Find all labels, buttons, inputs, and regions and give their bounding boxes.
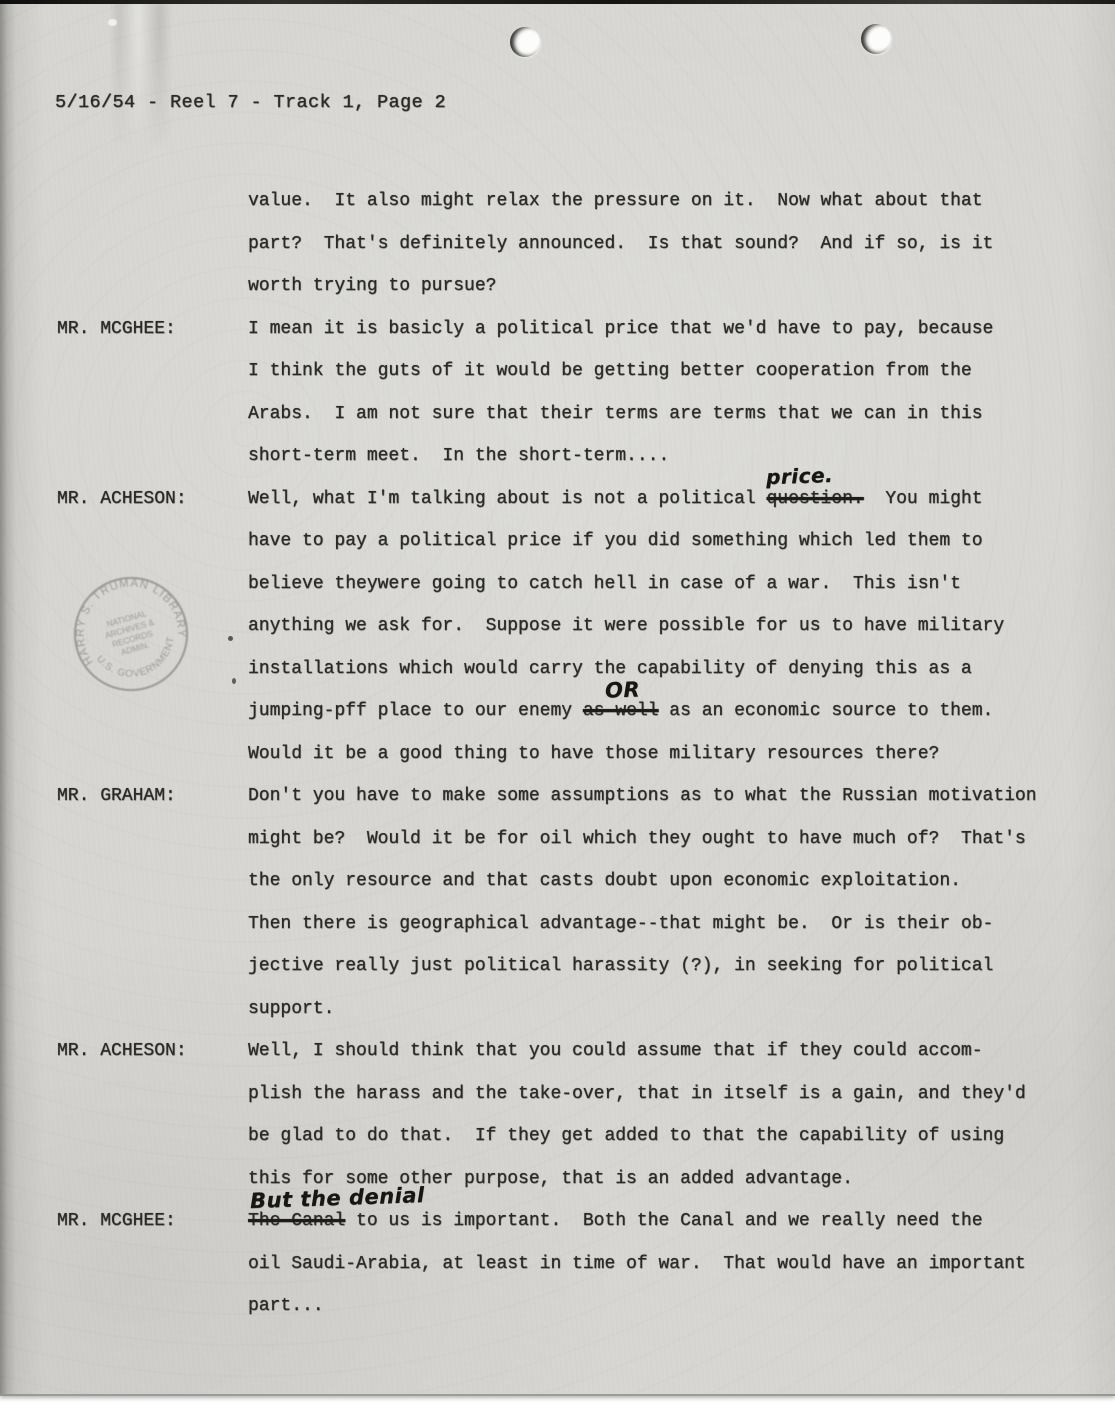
typed-text: might be? Would it be for oil which they… bbox=[248, 829, 1026, 849]
typed-text: Well, I should think that you could assu… bbox=[248, 1041, 983, 1061]
typed-text: plish the harass and the take-over, that… bbox=[248, 1084, 1026, 1104]
paragraph: MR. MCGHEE:The CanalBut the denial to us… bbox=[57, 1200, 1087, 1328]
struck-text: as wellOR bbox=[583, 701, 659, 721]
speaker-label: MR. ACHESON: bbox=[57, 478, 187, 521]
paragraph: value. It also might relax the pressure … bbox=[57, 180, 1087, 308]
transcript-line: part... bbox=[57, 1285, 1087, 1328]
typed-text: jumping-pff place to our enemy bbox=[248, 701, 583, 721]
transcript-line: installations which would carry the capa… bbox=[57, 648, 1087, 691]
transcript-line: be glad to do that. If they get added to… bbox=[57, 1115, 1087, 1158]
transcript-line: MR. GRAHAM:Don't you have to make some a… bbox=[57, 775, 1087, 818]
transcript-line: short-term meet. In the short-term.... bbox=[57, 435, 1087, 478]
typed-text: Arabs. I am not sure that their terms ar… bbox=[248, 404, 983, 424]
scan-top-edge bbox=[0, 0, 1115, 4]
speaker-label: MR. MCGHEE: bbox=[57, 1200, 176, 1243]
typed-text: the only resource and that casts doubt u… bbox=[248, 871, 961, 891]
transcript-line: Would it be a good thing to have those m… bbox=[57, 733, 1087, 776]
typed-text: short-term meet. In the short-term.... bbox=[248, 446, 669, 466]
speaker-label: MR. MCGHEE: bbox=[57, 308, 176, 351]
transcript-line: value. It also might relax the pressure … bbox=[57, 180, 1087, 223]
transcript-line: MR. MCGHEE:The CanalBut the denial to us… bbox=[57, 1200, 1087, 1243]
transcript-line: MR. ACHESON:Well, what I'm talking about… bbox=[57, 478, 1087, 521]
typed-text: installations which would carry the capa… bbox=[248, 659, 972, 679]
transcript-line: this for some other purpose, that is an … bbox=[57, 1158, 1087, 1201]
transcript-line: part? That's definitely announced. Is th… bbox=[57, 223, 1087, 266]
typed-text: part? That's definitely announced. Is th… bbox=[248, 234, 993, 254]
transcript-line: oil Saudi-Arabia, at least in time of wa… bbox=[57, 1243, 1087, 1286]
handwritten-annotation: But the denial bbox=[250, 1185, 425, 1212]
transcript: value. It also might relax the pressure … bbox=[57, 180, 1087, 1328]
typed-text: I think the guts of it would be getting … bbox=[248, 361, 972, 381]
typed-text: have to pay a political price if you did… bbox=[248, 531, 983, 551]
struck-text: question.price. bbox=[766, 489, 863, 509]
transcript-line: MR. MCGHEE:I mean it is basicly a politi… bbox=[57, 308, 1087, 351]
typed-text: worth trying to pursue? bbox=[248, 276, 496, 296]
typed-text: Then there is geographical advantage--th… bbox=[248, 914, 993, 934]
typed-text: as an economic source to them. bbox=[658, 701, 993, 721]
typed-text: Don't you have to make some assumptions … bbox=[248, 786, 1037, 806]
typed-text: to us is important. Both the Canal and w… bbox=[345, 1211, 982, 1231]
struck-text: The CanalBut the denial bbox=[248, 1211, 345, 1231]
transcript-line: believe theywere going to catch hell in … bbox=[57, 563, 1087, 606]
transcript-line: worth trying to pursue? bbox=[57, 265, 1087, 308]
typed-text: anything we ask for. Suppose it were pos… bbox=[248, 616, 1004, 636]
paragraph: MR. GRAHAM:Don't you have to make some a… bbox=[57, 775, 1087, 1030]
transcript-line: Then there is geographical advantage--th… bbox=[57, 903, 1087, 946]
speaker-label: MR. ACHESON: bbox=[57, 1030, 187, 1073]
transcript-line: jumping-pff place to our enemy as wellOR… bbox=[57, 690, 1087, 733]
typed-text: jective really just political harassity … bbox=[248, 956, 993, 976]
transcript-line: Arabs. I am not sure that their terms ar… bbox=[57, 393, 1087, 436]
transcript-line: support. bbox=[57, 988, 1087, 1031]
paper-crease bbox=[110, 3, 172, 158]
typed-text: oil Saudi-Arabia, at least in time of wa… bbox=[248, 1254, 1026, 1274]
page-header: 5/16/54 - Reel 7 - Track 1, Page 2 bbox=[55, 92, 446, 113]
typed-text: be glad to do that. If they get added to… bbox=[248, 1126, 1004, 1146]
paragraph: MR. ACHESON:Well, I should think that yo… bbox=[57, 1030, 1087, 1200]
typed-text: Well, what I'm talking about is not a po… bbox=[248, 489, 766, 509]
transcript-line: MR. ACHESON:Well, I should think that yo… bbox=[57, 1030, 1087, 1073]
punch-hole-right bbox=[861, 24, 891, 54]
transcript-line: the only resource and that casts doubt u… bbox=[57, 860, 1087, 903]
handwritten-annotation: price. bbox=[766, 464, 834, 486]
typed-text: support. bbox=[248, 999, 334, 1019]
typed-text: Would it be a good thing to have those m… bbox=[248, 744, 939, 764]
typed-text: part... bbox=[248, 1296, 324, 1316]
paragraph: MR. ACHESON:Well, what I'm talking about… bbox=[57, 478, 1087, 776]
transcript-line: might be? Would it be for oil which they… bbox=[57, 818, 1087, 861]
handwritten-annotation: OR bbox=[605, 679, 641, 701]
paper-chip bbox=[108, 19, 117, 26]
scanned-transcript-page: { "page": { "header": "5/16/54 - Reel 7 … bbox=[0, 0, 1115, 1405]
transcript-line: plish the harass and the take-over, that… bbox=[57, 1073, 1087, 1116]
transcript-line: jective really just political harassity … bbox=[57, 945, 1087, 988]
transcript-line: I think the guts of it would be getting … bbox=[57, 350, 1087, 393]
typed-text: believe theywere going to catch hell in … bbox=[248, 574, 961, 594]
typed-text: value. It also might relax the pressure … bbox=[248, 191, 983, 211]
paper-left-shadow bbox=[0, 3, 16, 1394]
punch-hole-left bbox=[510, 27, 540, 57]
transcript-line: anything we ask for. Suppose it were pos… bbox=[57, 605, 1087, 648]
typed-text: I mean it is basicly a political price t… bbox=[248, 319, 993, 339]
paragraph: MR. MCGHEE:I mean it is basicly a politi… bbox=[57, 308, 1087, 478]
speaker-label: MR. GRAHAM: bbox=[57, 775, 176, 818]
transcript-line: have to pay a political price if you did… bbox=[57, 520, 1087, 563]
typed-text: You might bbox=[864, 489, 983, 509]
